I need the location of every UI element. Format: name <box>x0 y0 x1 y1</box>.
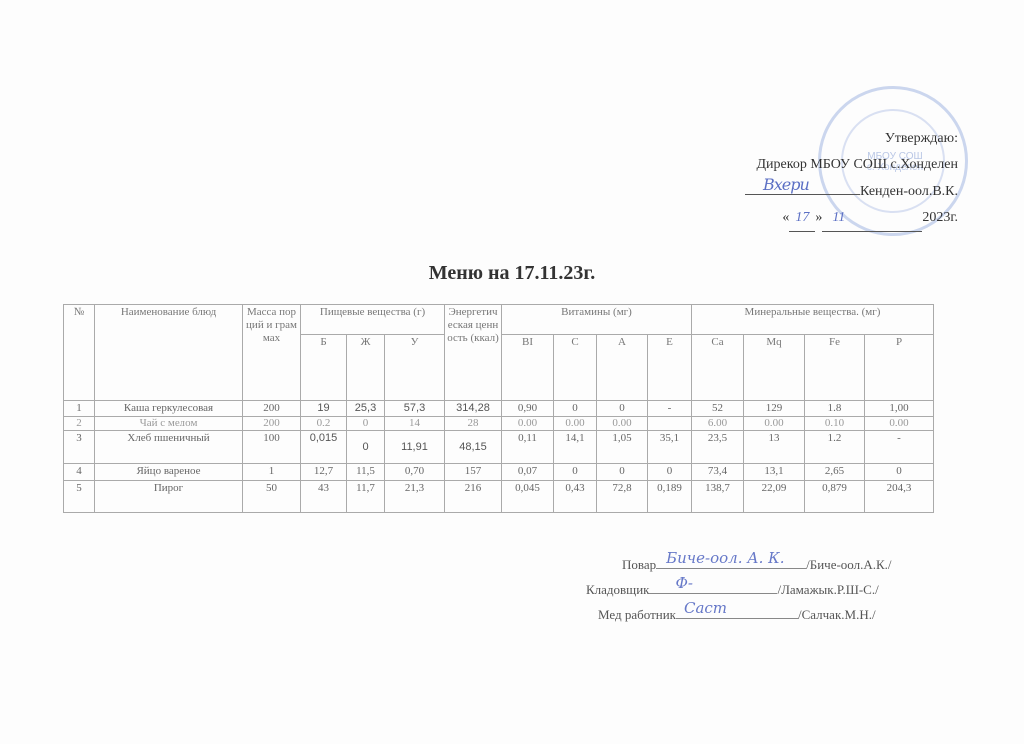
cell-ca: 52 <box>692 401 744 417</box>
cell-ca: 138,7 <box>692 481 744 513</box>
cell-mq: 22,09 <box>744 481 805 513</box>
table-row: 1 Каша геркулесовая 200 19 25,3 57,3 314… <box>64 401 934 417</box>
cell-ca: 6,00 <box>694 418 741 426</box>
cell-mq: 0,00 <box>746 418 802 426</box>
person-name: /Ламажык.Р.Ш-С./ <box>777 582 878 597</box>
cell-mass: 1 <box>243 464 301 481</box>
cell-mq: 13 <box>744 431 805 464</box>
cell-zh: 11,7 <box>347 481 385 513</box>
cell-u: 21,3 <box>385 481 445 513</box>
cell-u: 14 <box>387 418 442 426</box>
cell-num: 5 <box>64 481 95 513</box>
cell-name: Каша геркулесовая <box>95 401 243 417</box>
date-year: 2023г. <box>922 210 958 225</box>
cell-zh: 11,5 <box>347 464 385 481</box>
role-label: Мед работник <box>598 607 676 622</box>
header-p: P <box>865 335 934 401</box>
person-name: /Салчак.М.Н./ <box>798 607 876 622</box>
table-row: 5 Пирог 50 43 11,7 21,3 216 0,045 0,43 7… <box>64 481 934 513</box>
cell-ca: 23,5 <box>692 431 744 464</box>
director-name: Кенден-оол.В.К. <box>860 184 958 199</box>
cell-num: 1 <box>64 401 95 417</box>
cell-c: 14,1 <box>554 431 597 464</box>
signature-field: Саст <box>676 604 798 619</box>
director-signature: Вхери <box>763 172 809 198</box>
cell-b1: 0,07 <box>502 464 554 481</box>
header-minerals: Минеральные вещества. (мг) <box>692 305 934 335</box>
cell-a: 72,8 <box>597 481 648 513</box>
cell-e: 35,1 <box>648 431 692 464</box>
cell-energy: 48,15 <box>445 431 502 464</box>
approval-signature-line: Вхери Кенден-оол.В.К. <box>745 178 958 205</box>
header-fe: Fe <box>805 335 865 401</box>
header-b: Б <box>301 335 347 401</box>
header-zh: Ж <box>347 335 385 401</box>
cell-fe: 1.8 <box>805 401 865 417</box>
cell-name: Пирог <box>95 481 243 513</box>
menu-table: № Наименование блюд Масса порций и грамм… <box>63 304 934 513</box>
signatures-block: ПоварБиче-оол. А. К./Биче-оол.А.К./ Клад… <box>580 552 892 627</box>
page-title: Меню на 17.11.23г. <box>0 262 1024 285</box>
cell-ca: 73,4 <box>692 464 744 481</box>
cell-energy: 314,28 <box>445 401 502 417</box>
cell-p: 0,00 <box>867 418 931 426</box>
role-label: Повар <box>622 557 656 572</box>
cell-mass: 100 <box>243 431 301 464</box>
cell-b1: 0,045 <box>502 481 554 513</box>
header-b1: BI <box>502 335 554 401</box>
cell-b: 43 <box>301 481 347 513</box>
cell-name: Чай с медом <box>97 418 240 426</box>
header-name: Наименование блюд <box>95 305 243 401</box>
header-mass: Масса порций и граммах <box>243 305 301 401</box>
cell-c: 0 <box>554 464 597 481</box>
cell-name: Хлеб пшеничный <box>95 431 243 464</box>
handwritten-signature: Ф- <box>675 571 693 596</box>
cell-u: 57,3 <box>385 401 445 417</box>
cell-zh: 0 <box>347 431 385 464</box>
cell-u: 0,70 <box>385 464 445 481</box>
header-a: A <box>597 335 648 401</box>
approval-date: «17»112023г. <box>745 205 958 232</box>
header-ca: Ca <box>692 335 744 401</box>
signature-storekeeper: КладовщикФ-/Ламажык.Р.Ш-С./ <box>580 577 892 602</box>
table-row: 4 Яйцо вареное 1 12,7 11,5 0,70 157 0,07… <box>64 464 934 481</box>
cell-energy: 157 <box>445 464 502 481</box>
cell-fe: 2,65 <box>805 464 865 481</box>
cell-e: 0,189 <box>648 481 692 513</box>
cell-energy: 28 <box>447 418 499 426</box>
cell-e: - <box>648 401 692 417</box>
table-row: 2 Чай с медом 200 0,2 0 14 28 0,00 0,00 … <box>64 417 934 431</box>
cell-fe: 0,879 <box>805 481 865 513</box>
cell-c: 0 <box>554 401 597 417</box>
cell-mass: 200 <box>243 401 301 417</box>
cell-p: 1,00 <box>865 401 934 417</box>
cell-p: - <box>865 431 934 464</box>
handwritten-signature: Саст <box>684 596 727 621</box>
signature-medic: Мед работникСаст/Салчак.М.Н./ <box>580 602 892 627</box>
quote-open: « <box>782 210 789 225</box>
cell-zh: 25,3 <box>347 401 385 417</box>
table-row: 3 Хлеб пшеничный 100 0,015 0 11,91 48,15… <box>64 431 934 464</box>
cell-b: 12,7 <box>301 464 347 481</box>
cell-mq: 129 <box>744 401 805 417</box>
cell-b1: 0,90 <box>502 401 554 417</box>
date-day: 17 <box>789 205 815 232</box>
signature-field: Ф- <box>649 579 777 594</box>
signature-field: Биче-оол. А. К. <box>656 554 806 569</box>
cell-a: 0 <box>597 401 648 417</box>
handwritten-signature: Биче-оол. А. К. <box>666 546 784 571</box>
cell-mass: 50 <box>243 481 301 513</box>
cell-b: 19 <box>301 401 347 417</box>
quote-close: » <box>815 210 822 225</box>
cell-energy: 216 <box>445 481 502 513</box>
cell-a: 0 <box>597 464 648 481</box>
approval-block: Утверждаю: Дирекор МБОУ СОШ с.Хонделен В… <box>745 126 958 232</box>
signature-cook: ПоварБиче-оол. А. К./Биче-оол.А.К./ <box>580 552 892 577</box>
cell-fe: 0,10 <box>807 418 862 426</box>
cell-mass: 200 <box>245 418 298 426</box>
header-vitamins: Витамины (мг) <box>502 305 692 335</box>
cell-a: 1,05 <box>597 431 648 464</box>
cell-e <box>650 418 689 426</box>
cell-b: 0,2 <box>303 418 344 426</box>
header-e: E <box>648 335 692 401</box>
cell-c: 0,43 <box>554 481 597 513</box>
header-nutrients: Пищевые вещества (г) <box>301 305 445 335</box>
cell-e: 0 <box>648 464 692 481</box>
header-mq: Mq <box>744 335 805 401</box>
header-u: У <box>385 335 445 401</box>
cell-b: 0,015 <box>301 431 347 464</box>
cell-num: 3 <box>64 431 95 464</box>
cell-b1: 0,00 <box>504 418 551 426</box>
header-energy: Энергетическая ценность (ккал) <box>445 305 502 401</box>
cell-zh: 0 <box>349 418 382 426</box>
cell-p: 204,3 <box>865 481 934 513</box>
header-c: C <box>554 335 597 401</box>
cell-a: 0,00 <box>599 418 645 426</box>
cell-num: 4 <box>64 464 95 481</box>
cell-p: 0 <box>865 464 934 481</box>
person-name: /Биче-оол.А.К./ <box>806 557 891 572</box>
approval-heading: Утверждаю: <box>745 126 958 152</box>
cell-mq: 13,1 <box>744 464 805 481</box>
signature-field: Вхери <box>745 178 860 195</box>
cell-fe: 1.2 <box>805 431 865 464</box>
date-month: 11 <box>822 205 922 232</box>
cell-b1: 0,11 <box>502 431 554 464</box>
cell-u: 11,91 <box>385 431 445 464</box>
cell-c: 0,00 <box>556 418 594 426</box>
role-label: Кладовщик <box>586 582 649 597</box>
cell-name: Яйцо вареное <box>95 464 243 481</box>
cell-num: 2 <box>66 418 92 426</box>
header-num: № <box>64 305 95 401</box>
